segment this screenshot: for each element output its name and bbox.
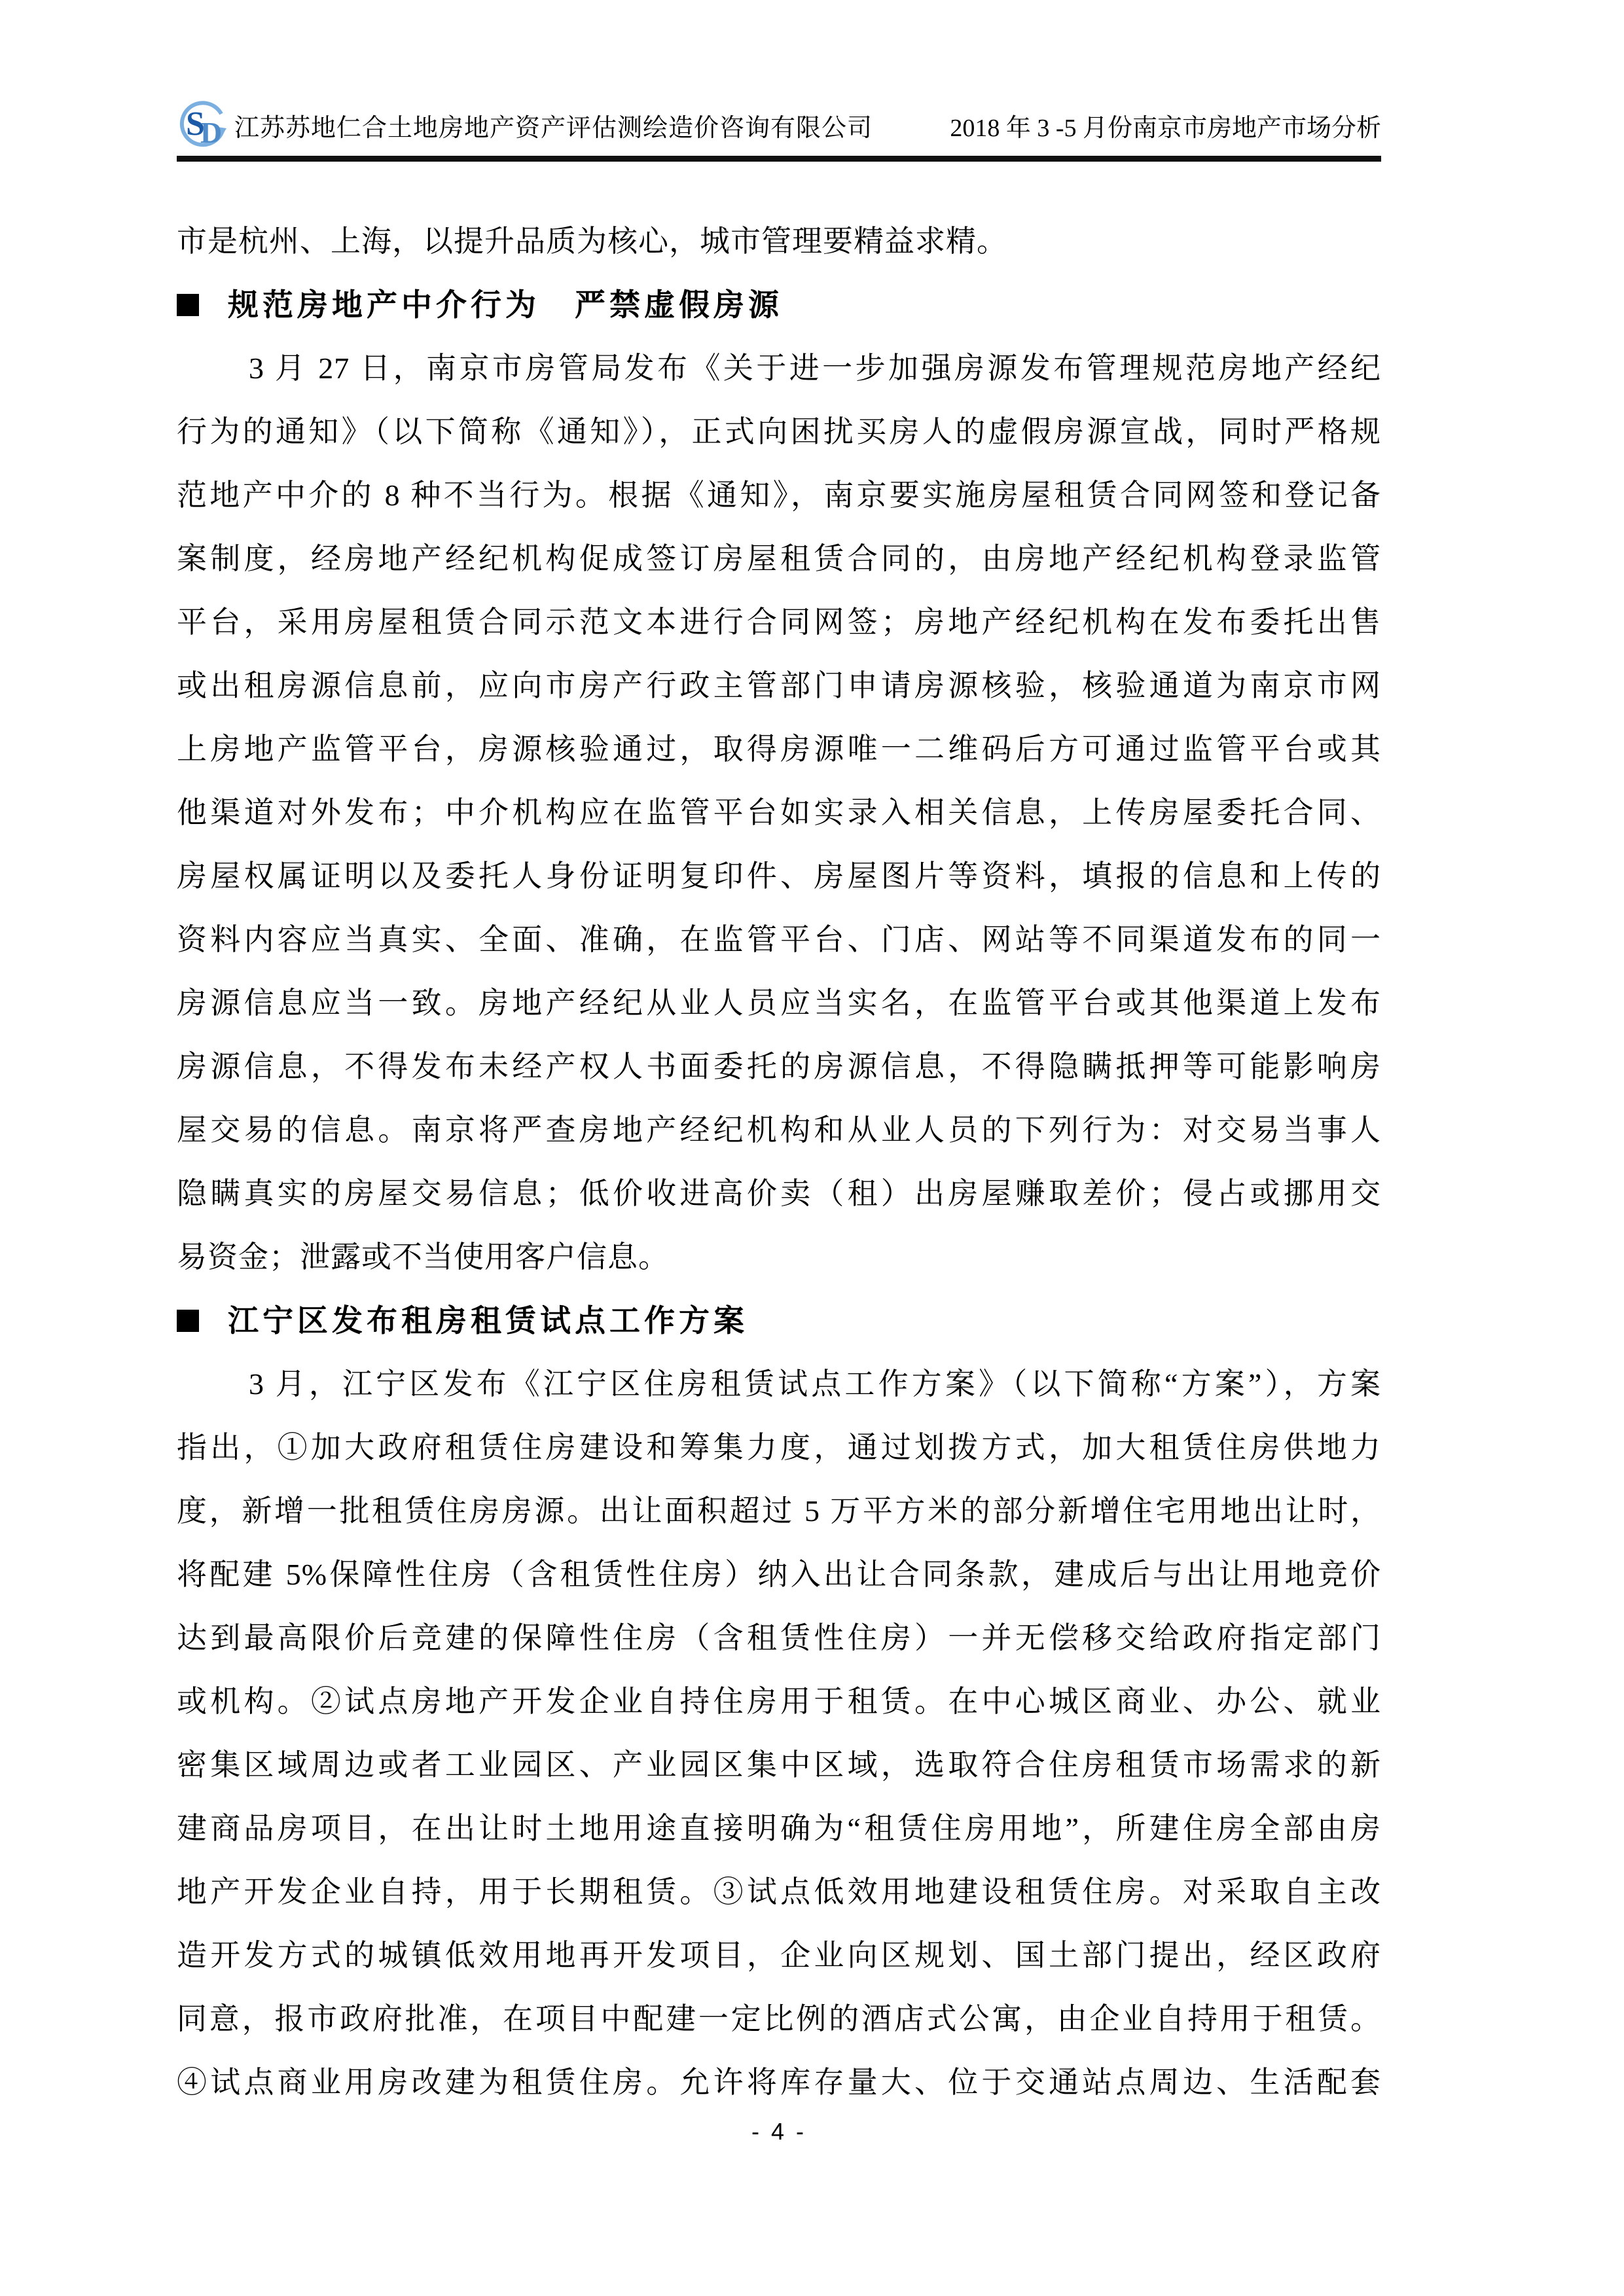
body-text-line: 他渠道对外发布；中介机构应在监管平台如实录入相关信息，上传房屋委托合同、 [177, 781, 1381, 844]
document-body: 市是杭州、上海，以提升品质为核心，城市管理要精益求精。 规范房地产中介行为 严禁… [177, 209, 1381, 2114]
body-text-line: 平台，采用房屋租赁合同示范文本进行合同网签；房地产经纪机构在发布委托出售 [177, 590, 1381, 654]
body-text-line: 度，新增一批租赁住房房源。出让面积超过 5 万平方米的部分新增住宅用地出让时， [177, 1479, 1381, 1543]
header-left: S D 江苏苏地仁合土地房地产资产评估测绘造价咨询有限公司 [177, 98, 873, 152]
body-text-line: 市是杭州、上海，以提升品质为核心，城市管理要精益求精。 [177, 209, 1381, 273]
body-text-line: 指出，①加大政府租赁住房建设和筹集力度，通过划拨方式，加大租赁住房供地力 [177, 1416, 1381, 1479]
body-text-line: 房源信息应当一致。房地产经纪从业人员应当实名，在监管平台或其他渠道上发布 [177, 971, 1381, 1035]
body-text-line: 密集区域周边或者工业园区、产业园区集中区域，选取符合住房租赁市场需求的新 [177, 1733, 1381, 1797]
report-title: 2018 年 3 -5 月份南京市房地产市场分析 [950, 107, 1381, 143]
body-text-line: 3 月，江宁区发布《江宁区住房租赁试点工作方案》（以下简称“方案”），方案 [177, 1352, 1381, 1416]
body-text-line: 建商品房项目，在出让时土地用途直接明确为“租赁住房用地”，所建住房全部由房 [177, 1797, 1381, 1860]
page-header: S D 江苏苏地仁合土地房地产资产评估测绘造价咨询有限公司 2018 年 3 -… [177, 97, 1381, 153]
body-text-line: 房屋权属证明以及委托人身份证明复印件、房屋图片等资料，填报的信息和上传的 [177, 844, 1381, 908]
bullet-square-icon [177, 1310, 199, 1332]
body-text-line: 行为的通知》（以下简称《通知》），正式向困扰买房人的虚假房源宣战，同时严格规 [177, 400, 1381, 463]
body-text-line: 案制度，经房地产经纪机构促成签订房屋租赁合同的，由房地产经纪机构登录监管 [177, 527, 1381, 590]
body-text-line: 或机构。②试点房地产开发企业自持住房用于租赁。在中心城区商业、办公、就业 [177, 1670, 1381, 1733]
page-number: - 4 - [177, 2118, 1381, 2145]
company-logo-icon: S D [177, 98, 230, 152]
document-page: { "header": { "logo_s": "S", "logo_d": "… [0, 0, 1624, 2296]
body-text-line: 地产开发企业自持，用于长期租赁。③试点低效用地建设租赁住房。对采取自主改 [177, 1860, 1381, 1924]
section-heading-text: 规范房地产中介行为 严禁虚假房源 [228, 273, 783, 336]
section-heading-2: 江宁区发布租房租赁试点工作方案 [177, 1289, 1381, 1352]
section-heading-text: 江宁区发布租房租赁试点工作方案 [228, 1289, 748, 1352]
body-text-line: 范地产中介的 8 种不当行为。根据《通知》，南京要实施房屋租赁合同网签和登记备 [177, 463, 1381, 527]
body-text-line: 上房地产监管平台，房源核验通过，取得房源唯一二维码后方可通过监管平台或其 [177, 717, 1381, 781]
body-text-line: 房源信息，不得发布未经产权人书面委托的房源信息，不得隐瞒抵押等可能影响房 [177, 1035, 1381, 1098]
body-text-line: 屋交易的信息。南京将严查房地产经纪机构和从业人员的下列行为：对交易当事人 [177, 1098, 1381, 1162]
body-text-line: 同意，报市政府批准，在项目中配建一定比例的酒店式公寓，由企业自持用于租赁。 [177, 1987, 1381, 2051]
logo-letter-d: D [200, 116, 222, 149]
body-text-line: 资料内容应当真实、全面、准确，在监管平台、门店、网站等不同渠道发布的同一 [177, 908, 1381, 971]
bullet-square-icon [177, 294, 199, 316]
body-text-line: 将配建 5%保障性住房（含租赁性住房）纳入出让合同条款，建成后与出让用地竞价 [177, 1543, 1381, 1606]
body-text-line: 达到最高限价后竞建的保障性住房（含租赁性住房）一并无偿移交给政府指定部门 [177, 1606, 1381, 1670]
header-divider-rule [177, 156, 1381, 162]
body-text-line: 或出租房源信息前，应向市房产行政主管部门申请房源核验，核验通道为南京市网 [177, 654, 1381, 717]
body-text-line: 隐瞒真实的房屋交易信息；低价收进高价卖（租）出房屋赚取差价；侵占或挪用交 [177, 1162, 1381, 1225]
company-name: 江苏苏地仁合土地房地产资产评估测绘造价咨询有限公司 [234, 107, 873, 143]
body-text-line: ④试点商业用房改建为租赁住房。允许将库存量大、位于交通站点周边、生活配套 [177, 2051, 1381, 2114]
body-text-line: 造开发方式的城镇低效用地再开发项目，企业向区规划、国土部门提出，经区政府 [177, 1924, 1381, 1987]
body-text-line: 3 月 27 日，南京市房管局发布《关于进一步加强房源发布管理规范房地产经纪 [177, 336, 1381, 400]
body-text-line: 易资金；泄露或不当使用客户信息。 [177, 1225, 1381, 1289]
section-heading-1: 规范房地产中介行为 严禁虚假房源 [177, 273, 1381, 336]
